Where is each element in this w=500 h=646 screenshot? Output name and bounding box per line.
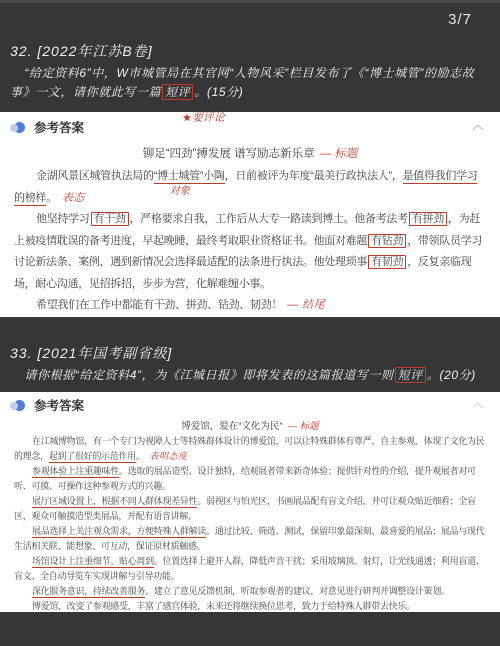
page-indicator: 3/7 xyxy=(448,11,472,28)
answer-32-section: 参考答案 铆足“四劲”搏发展 谱写励志新乐章— 标题 金湖风景区城管执法局的“博… xyxy=(0,112,500,317)
collapse-chevron-icon[interactable] xyxy=(472,402,484,409)
paragraph: 希望我们在工作中都能有干劲、拼劲、钻劲、韧劲！— 结尾 xyxy=(14,295,486,317)
answer-header-label: 参考答案 xyxy=(34,396,84,414)
question-33-heading: 33. [2021年国考副省级] xyxy=(10,343,490,363)
red-hand-annotation: — 结尾 xyxy=(282,299,325,311)
question-33-section: 33. [2021年国考副省级] 请你根据“给定资料4”，为《江城日报》即将发表… xyxy=(0,317,500,392)
paragraph: 金湖风景区城管执法局的“博士城管”小陶对象，日前被评为年度“最美行政执法人”，是… xyxy=(14,166,486,209)
answer-header: 参考答案 xyxy=(14,397,486,413)
text-segment: 。建立了意见反馈机制，听取参观者的建议，对意见进行研判并调整设计策划。 xyxy=(145,586,450,596)
red-hand-annotation: ★要评论 xyxy=(182,109,225,126)
red-boxed-term: 短评 xyxy=(395,367,426,383)
text-segment: 。 xyxy=(46,192,57,204)
answer-body: 在江城博物馆，有一个专门为视障人士等特殊群体设计的博爱馆，可以让特殊群体有尊严、… xyxy=(14,434,486,614)
bottom-bar xyxy=(0,612,500,646)
text-segment: 展厅区域设置上，根据不同人群体现差异性 xyxy=(32,496,197,508)
red-boxed-term: 有韧劲 xyxy=(368,255,406,269)
text-segment: 。 xyxy=(136,451,145,461)
answer-header: 参考答案 xyxy=(14,119,486,135)
question-33-text: 请你根据“给定资料4”，为《江城日报》即将发表的这篇报道写一则短评。(20分) xyxy=(10,366,490,385)
question-32-section: 3/7 32. [2022年江苏B卷] “给定资料6”中，W市城管局在其官网“人… xyxy=(0,0,500,112)
red-boxed-term: 有钻劲 xyxy=(368,234,406,248)
text-segment: 他坚持学习 xyxy=(36,213,90,225)
text-segment: 。(20分) xyxy=(427,368,476,382)
question-32-heading: 32. [2022年江苏B卷] xyxy=(10,41,490,61)
red-hand-annotation: 对象 xyxy=(169,181,189,203)
question-32-text: “给定资料6”中，W市城管局在其官网“人物风采”栏目发布了《“博士城管”的励志故… xyxy=(10,64,490,102)
text-segment: 。(15分) xyxy=(194,85,243,99)
document-page: 3/7 32. [2022年江苏B卷] “给定资料6”中，W市城管局在其官网“人… xyxy=(0,0,500,646)
red-hand-annotation: 表明态度 xyxy=(145,451,188,461)
answer-title-line: 博爱馆，爱在“文化为民”— 标题 xyxy=(14,419,486,434)
red-boxed-term: 短评 xyxy=(162,84,193,100)
text-segment: ，严格要求自我，工作后从大专一路读到博士。他备考法考 xyxy=(130,213,408,225)
answer-33-section: 参考答案 博爱馆，爱在“文化为民”— 标题 在江城博物馆，有一个专门为视障人士等… xyxy=(0,392,500,612)
answer-title-line: 铆足“四劲”搏发展 谱写励志新乐章— 标题 xyxy=(14,144,486,165)
paragraph: 参观体验上注重趣味性。选取的展品造型、设计独特，给观展者带来新奇体验；提供针对性… xyxy=(14,464,486,494)
paragraph: 他坚持学习有干劲，严格要求自我，工作后从大专一路读到博士。他备考法考有拼劲，为赶… xyxy=(14,209,486,295)
text-segment: 金湖风景区城管执法局的 xyxy=(36,170,154,182)
answer-title: 铆足“四劲”搏发展 谱写励志新乐章 xyxy=(143,148,315,160)
answer-body: 金湖风景区城管执法局的“博士城管”小陶对象，日前被评为年度“最美行政执法人”，是… xyxy=(14,166,486,317)
red-boxed-term: 有干劲 xyxy=(91,212,129,226)
collapse-chevron-icon[interactable] xyxy=(472,124,484,131)
text-segment: 场馆设计上注重细节、贴心周到 xyxy=(32,556,154,568)
text-segment: 展品选择上关注观众需求，方便特殊人群解读 xyxy=(32,526,206,538)
answer-bullet-icon xyxy=(14,122,25,133)
text-segment: “博士城管”小陶对象 xyxy=(154,170,225,184)
text-segment: 博爱馆，改变了参观感受，丰富了感官体验，未来还将继续换位思考，致力于给特殊人群带… xyxy=(32,601,415,611)
paragraph: 深化服务意识，持续改善服务。建立了意见反馈机制，听取参观者的建议，对意见进行研判… xyxy=(14,584,486,599)
text-segment: ，日前被评为年度“最美行政执法人”， xyxy=(225,170,403,182)
red-hand-annotation: — 标题 xyxy=(315,148,358,160)
text-segment: 深化服务意识，持续改善服务 xyxy=(32,586,145,598)
paragraph: 展品选择上关注观众需求，方便特殊人群解读。通过比较、筛选、测试，保留印象最深刻、… xyxy=(14,524,486,554)
text-segment: 请你根据“给定资料4”，为《江城日报》即将发表的这篇报道写一则 xyxy=(24,368,393,382)
text-segment: 起到了很好的示范作用 xyxy=(49,451,136,463)
paragraph: 展厅区域设置上，根据不同人群体现差异性。弱视区与怕光区，书画展品配有盲文介绍，并… xyxy=(14,494,486,524)
paragraph: 场馆设计上注重细节、贴心周到。位置选择上避开人群，降低声音干扰；采用玻璃顶、射灯… xyxy=(14,554,486,584)
answer-header-label: 参考答案 xyxy=(34,118,84,136)
paragraph: 在江城博物馆，有一个专门为视障人士等特殊群体设计的博爱馆，可以让特殊群体有尊严、… xyxy=(14,434,486,464)
text-segment: 参观体验上注重趣味性 xyxy=(32,466,119,478)
red-boxed-term: 有拼劲 xyxy=(409,212,447,226)
answer-bullet-icon xyxy=(14,400,25,411)
text-segment: 希望我们在工作中都能有干劲、拼劲、钻劲、韧劲！ xyxy=(36,299,282,311)
answer-title: 博爱馆，爱在“文化为民” xyxy=(181,421,282,432)
red-hand-annotation: 表态 xyxy=(57,192,85,204)
red-hand-annotation: — 标题 xyxy=(283,421,319,432)
